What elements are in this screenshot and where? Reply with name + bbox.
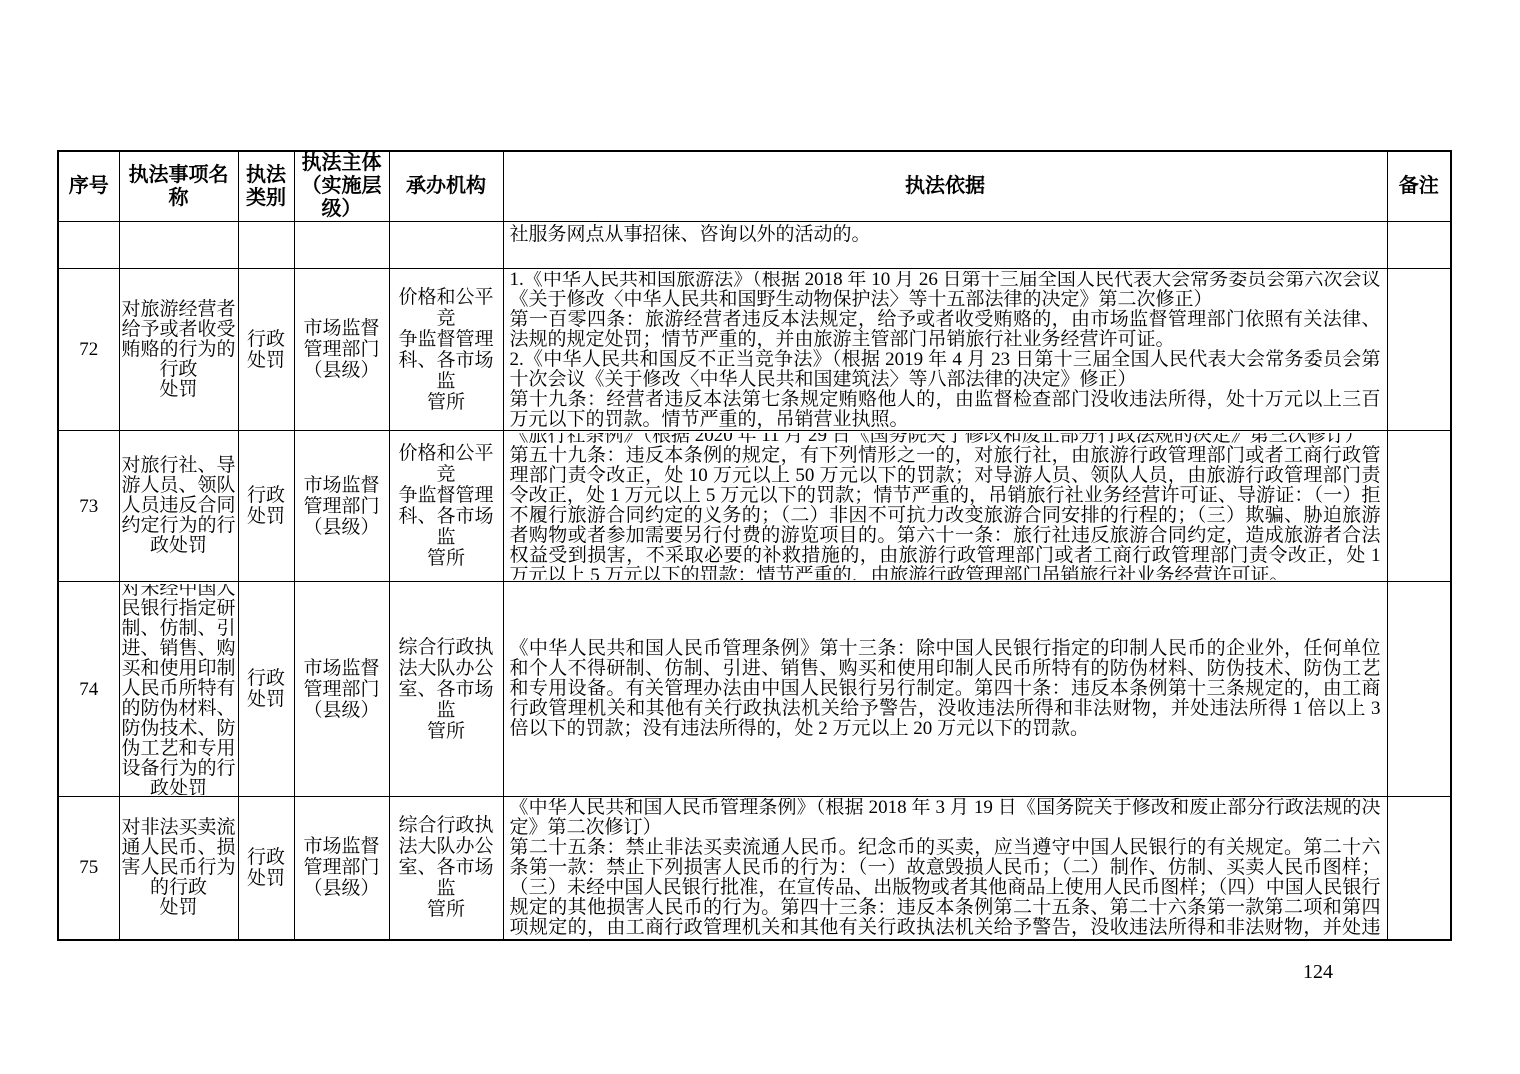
cell-item-name: 对非法买卖流 通人民币、损 害人民币行为 的行政 处罚: [119, 797, 238, 940]
cell-remark: [1387, 582, 1451, 797]
cell-agency: 综合行政执 法大队办公 室、各市场监 管所: [389, 582, 503, 797]
cell-basis: 《中华人民共和国人民币管理条例》（根据 2018 年 3 月 19 日《国务院关…: [503, 797, 1387, 940]
header-item-name: 执法事项名称: [119, 151, 238, 222]
cell-seq: 75: [58, 797, 119, 940]
item-name-text: 对旅游经营者 给予或者收受 贿赂的行为的 行政 处罚: [122, 300, 236, 400]
table-row-75: 75 对非法买卖流 通人民币、损 害人民币行为 的行政 处罚 行政 处罚 市场监…: [58, 797, 1451, 940]
header-category: 执法 类别: [238, 151, 294, 222]
header-remark: 备注: [1387, 151, 1451, 222]
page-number: 124: [1303, 961, 1333, 984]
item-name-text: 对旅行社、导 游人员、领队 人员违反合同 约定行为的行 政处罚: [122, 456, 236, 556]
table-row-72: 72 对旅游经营者 给予或者收受 贿赂的行为的 行政 处罚 行政 处罚 市场监督…: [58, 269, 1451, 431]
enforcement-items-table: 序号 执法事项名称 执法 类别 执法主体 （实施层 级） 承办机构 执法依据 备…: [57, 150, 1452, 941]
table-row-73: 73 对旅行社、导 游人员、领队 人员违反合同 约定行为的行 政处罚 行政 处罚…: [58, 431, 1451, 582]
cell-item-name: 对旅行社、导 游人员、领队 人员违反合同 约定行为的行 政处罚: [119, 431, 238, 582]
cell-remark-empty: [1387, 222, 1451, 269]
header-seq: 序号: [58, 151, 119, 222]
cell-agency: 价格和公平竞 争监督管理 科、各市场监 管所: [389, 431, 503, 582]
header-basis: 执法依据: [503, 151, 1387, 222]
cell-category: 行政 处罚: [238, 797, 294, 940]
header-agency: 承办机构: [389, 151, 503, 222]
cell-remark: [1387, 797, 1451, 940]
document-page: 序号 执法事项名称 执法 类别 执法主体 （实施层 级） 承办机构 执法依据 备…: [0, 0, 1520, 1074]
table-header-row: 序号 执法事项名称 执法 类别 执法主体 （实施层 级） 承办机构 执法依据 备…: [58, 151, 1451, 222]
cell-basis: 《中华人民共和国人民币管理条例》第十三条：除中国人民银行指定的印制人民币的企业外…: [503, 582, 1387, 797]
cell-remark: [1387, 431, 1451, 582]
basis-text: 社服务网点从事招徕、咨询以外的活动的。: [510, 225, 1381, 245]
cell-category-empty: [238, 222, 294, 269]
cell-agency-empty: [389, 222, 503, 269]
cell-agency: 价格和公平竞 争监督管理 科、各市场监 管所: [389, 269, 503, 431]
item-name-text: 对非法买卖流 通人民币、损 害人民币行为 的行政 处罚: [122, 818, 236, 918]
cell-subject: 市场监督 管理部门 （县级）: [294, 431, 389, 582]
cell-subject: 市场监督 管理部门 （县级）: [294, 797, 389, 940]
cell-seq: 74: [58, 582, 119, 797]
cell-remark: [1387, 269, 1451, 431]
header-subject: 执法主体 （实施层 级）: [294, 151, 389, 222]
cell-basis: 《旅行社条例》（根据 2020 年 11 月 29 日《国务院关于修改和废止部分…: [503, 431, 1387, 582]
cell-item-name: 对未经中国人 民银行指定研 制、仿制、引 进、销售、购 买和使用印制 人民币所特…: [119, 582, 238, 797]
cell-basis-continuation: 社服务网点从事招徕、咨询以外的活动的。: [503, 222, 1387, 269]
cell-seq: 72: [58, 269, 119, 431]
cell-basis: 1.《中华人民共和国旅游法》（根据 2018 年 10 月 26 日第十三届全国…: [503, 269, 1387, 431]
cell-subject: 市场监督 管理部门 （县级）: [294, 582, 389, 797]
item-name-text: 对未经中国人 民银行指定研 制、仿制、引 进、销售、购 买和使用印制 人民币所特…: [122, 584, 236, 795]
cell-subject-empty: [294, 222, 389, 269]
cell-item-name: 对旅游经营者 给予或者收受 贿赂的行为的 行政 处罚: [119, 269, 238, 431]
basis-text: 《旅行社条例》（根据 2020 年 11 月 29 日《国务院关于修改和废止部分…: [510, 433, 1381, 580]
cell-category: 行政 处罚: [238, 269, 294, 431]
cell-subject: 市场监督 管理部门 （县级）: [294, 269, 389, 431]
cell-category: 行政 处罚: [238, 582, 294, 797]
table-row-continuation: 社服务网点从事招徕、咨询以外的活动的。: [58, 222, 1451, 269]
basis-text: 《中华人民共和国人民币管理条例》（根据 2018 年 3 月 19 日《国务院关…: [510, 798, 1381, 937]
basis-text: 《中华人民共和国人民币管理条例》第十三条：除中国人民银行指定的印制人民币的企业外…: [510, 639, 1381, 739]
cell-seq-empty: [58, 222, 119, 269]
cell-seq: 73: [58, 431, 119, 582]
cell-name-empty: [119, 222, 238, 269]
cell-agency: 综合行政执 法大队办公 室、各市场监 管所: [389, 797, 503, 940]
basis-text: 1.《中华人民共和国旅游法》（根据 2018 年 10 月 26 日第十三届全国…: [510, 271, 1381, 429]
table-row-74: 74 对未经中国人 民银行指定研 制、仿制、引 进、销售、购 买和使用印制 人民…: [58, 582, 1451, 797]
cell-category: 行政 处罚: [238, 431, 294, 582]
